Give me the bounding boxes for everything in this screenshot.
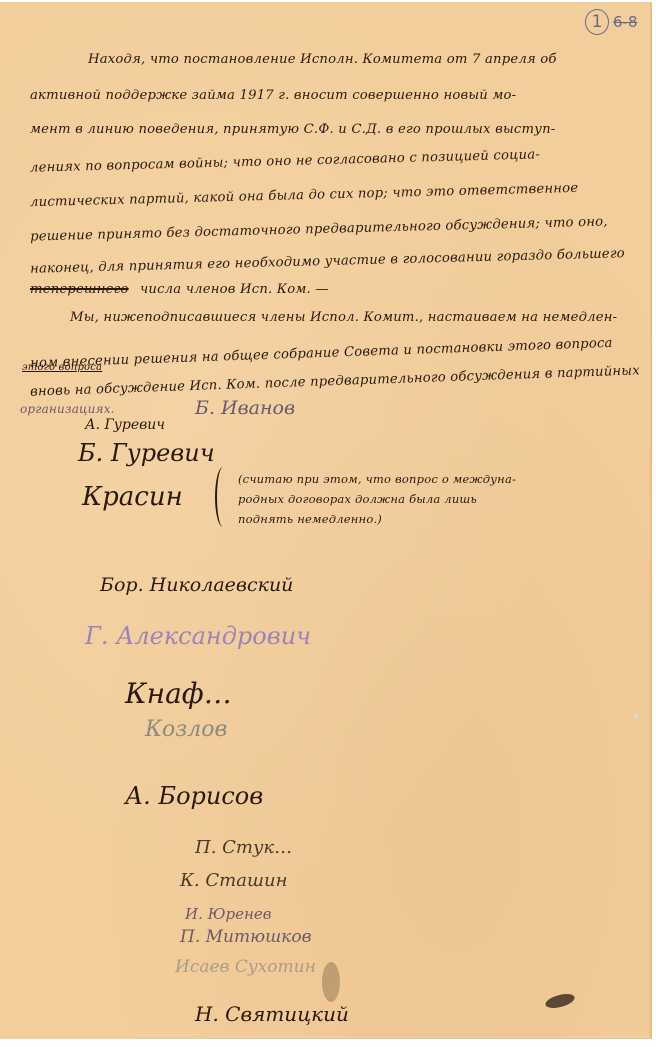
signature-nikolaevsky: Бор. Николаевский xyxy=(100,574,293,596)
signature-kozlov: Козлов xyxy=(145,717,227,742)
signature-stuk: П. Стук… xyxy=(195,837,292,858)
signature-yurenev: И. Юренев xyxy=(185,905,271,923)
body-line-9: Мы, нижеподписавшиеся члены Испол. Комит… xyxy=(70,310,617,325)
signature-stashin: К. Сташин xyxy=(180,870,287,891)
signature-b-gurevich: Б. Гуревич xyxy=(78,439,215,467)
signature-ivanov: Б. Иванов xyxy=(195,397,295,419)
signature-mityushkov: П. Митюшков xyxy=(180,927,311,947)
body-line-1: Находя, что постановление Исполн. Комите… xyxy=(88,52,557,67)
signature-krasin: Красин xyxy=(82,482,183,512)
body-line-11: вновь на обсуждение Исп. Ком. после пред… xyxy=(30,363,640,399)
remark-line-1: (считаю при этом, что вопрос о междуна- xyxy=(238,472,516,486)
interlinear-note: этого вопроса xyxy=(22,362,102,373)
signature-knaf: Кнаф… xyxy=(125,677,232,710)
punch-hole xyxy=(633,714,638,719)
signature-aleksandrovich: Г. Александрович xyxy=(85,622,311,650)
body-line-8: числа членов Исп. Ком. — xyxy=(140,282,329,297)
body-line-10: ном внесении решения на общее собрание С… xyxy=(30,336,613,371)
signature-svyatitsky: Н. Святицкий xyxy=(195,1002,349,1026)
body-line-5: листических партий, какой она была до си… xyxy=(30,181,579,210)
folio-current: 1 xyxy=(585,9,609,35)
folio-number: 16-8 xyxy=(585,8,638,35)
signature-sukhotin: Исаев Сухотин xyxy=(175,957,316,977)
remark-line-2: родных договорах должна была лишь xyxy=(238,492,477,506)
body-line-6: решение принято без достаточного предвар… xyxy=(30,214,608,244)
remark-line-3: поднять немедленно.) xyxy=(238,512,382,526)
body-line-4: лениях по вопросам войны; что оно не сог… xyxy=(30,147,540,175)
signature-borisov: А. Борисов xyxy=(125,782,263,810)
body-line-7: наконец, для принятия его необходимо уча… xyxy=(30,246,625,277)
struck-word: теперешнего xyxy=(30,282,135,297)
folio-old: 6-8 xyxy=(613,13,638,31)
body-line-3: мент в линию поведения, принятую С.Ф. и … xyxy=(30,122,555,137)
remark-bracket xyxy=(215,467,231,527)
ink-stain xyxy=(322,962,340,1002)
document-page: 16-8 Находя, что постановление Исполн. К… xyxy=(0,2,652,1039)
signature-a-gurevich: А. Гуревич xyxy=(85,417,165,433)
body-line-2: активной поддержке займа 1917 г. вносит … xyxy=(30,88,516,103)
ink-blot xyxy=(544,991,576,1010)
body-line-12: организациях. xyxy=(20,402,115,416)
